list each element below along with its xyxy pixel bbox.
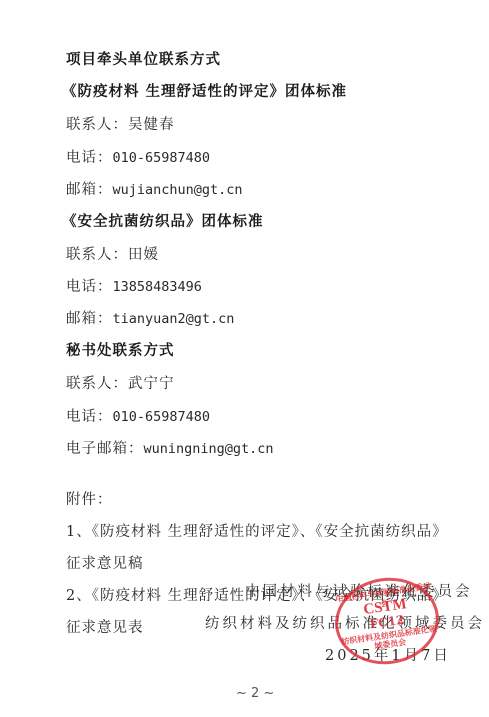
phone-label: 电话： — [66, 409, 113, 425]
phone-value: 010-65987480 — [113, 409, 211, 425]
standard-2-phone: 电话：13858483496 — [66, 275, 202, 296]
signature-org2: 纺织材料及纺织品标准化领域委员会 — [205, 612, 485, 633]
secretariat-heading: 秘书处联系方式 — [66, 339, 175, 360]
standard-2-contact: 联系人：田媛 — [66, 243, 159, 264]
attachment-2-line2: 征求意见表 — [66, 616, 144, 637]
standard-2-email: 邮箱：tianyuan2@gt.cn — [66, 307, 234, 328]
email-value: tianyuan2@gt.cn — [113, 311, 235, 327]
email-value: wujianchun@gt.cn — [113, 182, 243, 198]
signature-date: 2025年1月7日 — [325, 644, 451, 665]
standard-1-contact: 联系人：吴健春 — [66, 113, 175, 134]
standard-1-title: 《防疫材料 生理舒适性的评定》团体标准 — [62, 80, 347, 101]
email-label: 邮箱： — [66, 182, 113, 198]
phone-value: 010-65987480 — [113, 150, 211, 166]
phone-label: 电话： — [66, 279, 113, 295]
attachment-1-line2: 征求意见稿 — [66, 552, 144, 573]
email-value: wuningning@gt.cn — [144, 441, 274, 457]
page-number: ~ 2 ~ — [236, 686, 274, 701]
standard-2-title: 《安全抗菌纺织品》团体标准 — [62, 210, 264, 231]
signature-org1: 中国材料与试验标准化委员会 — [245, 580, 473, 601]
attachments-heading: 附件： — [66, 488, 113, 509]
secretariat-contact: 联系人：武宁宁 — [66, 372, 175, 393]
lead-unit-heading: 项目牵头单位联系方式 — [66, 48, 221, 69]
email-label: 邮箱： — [66, 311, 113, 327]
attachment-1-line1: 1、《防疫材料 生理舒适性的评定》、《安全抗菌纺织品》 — [66, 520, 448, 541]
standard-1-phone: 电话：010-65987480 — [66, 146, 210, 167]
phone-value: 13858483496 — [113, 279, 202, 295]
email-label: 电子邮箱： — [66, 441, 144, 457]
standard-1-email: 邮箱：wujianchun@gt.cn — [66, 178, 243, 199]
phone-label: 电话： — [66, 150, 113, 166]
secretariat-email: 电子邮箱：wuningning@gt.cn — [66, 437, 274, 458]
secretariat-phone: 电话：010-65987480 — [66, 405, 210, 426]
